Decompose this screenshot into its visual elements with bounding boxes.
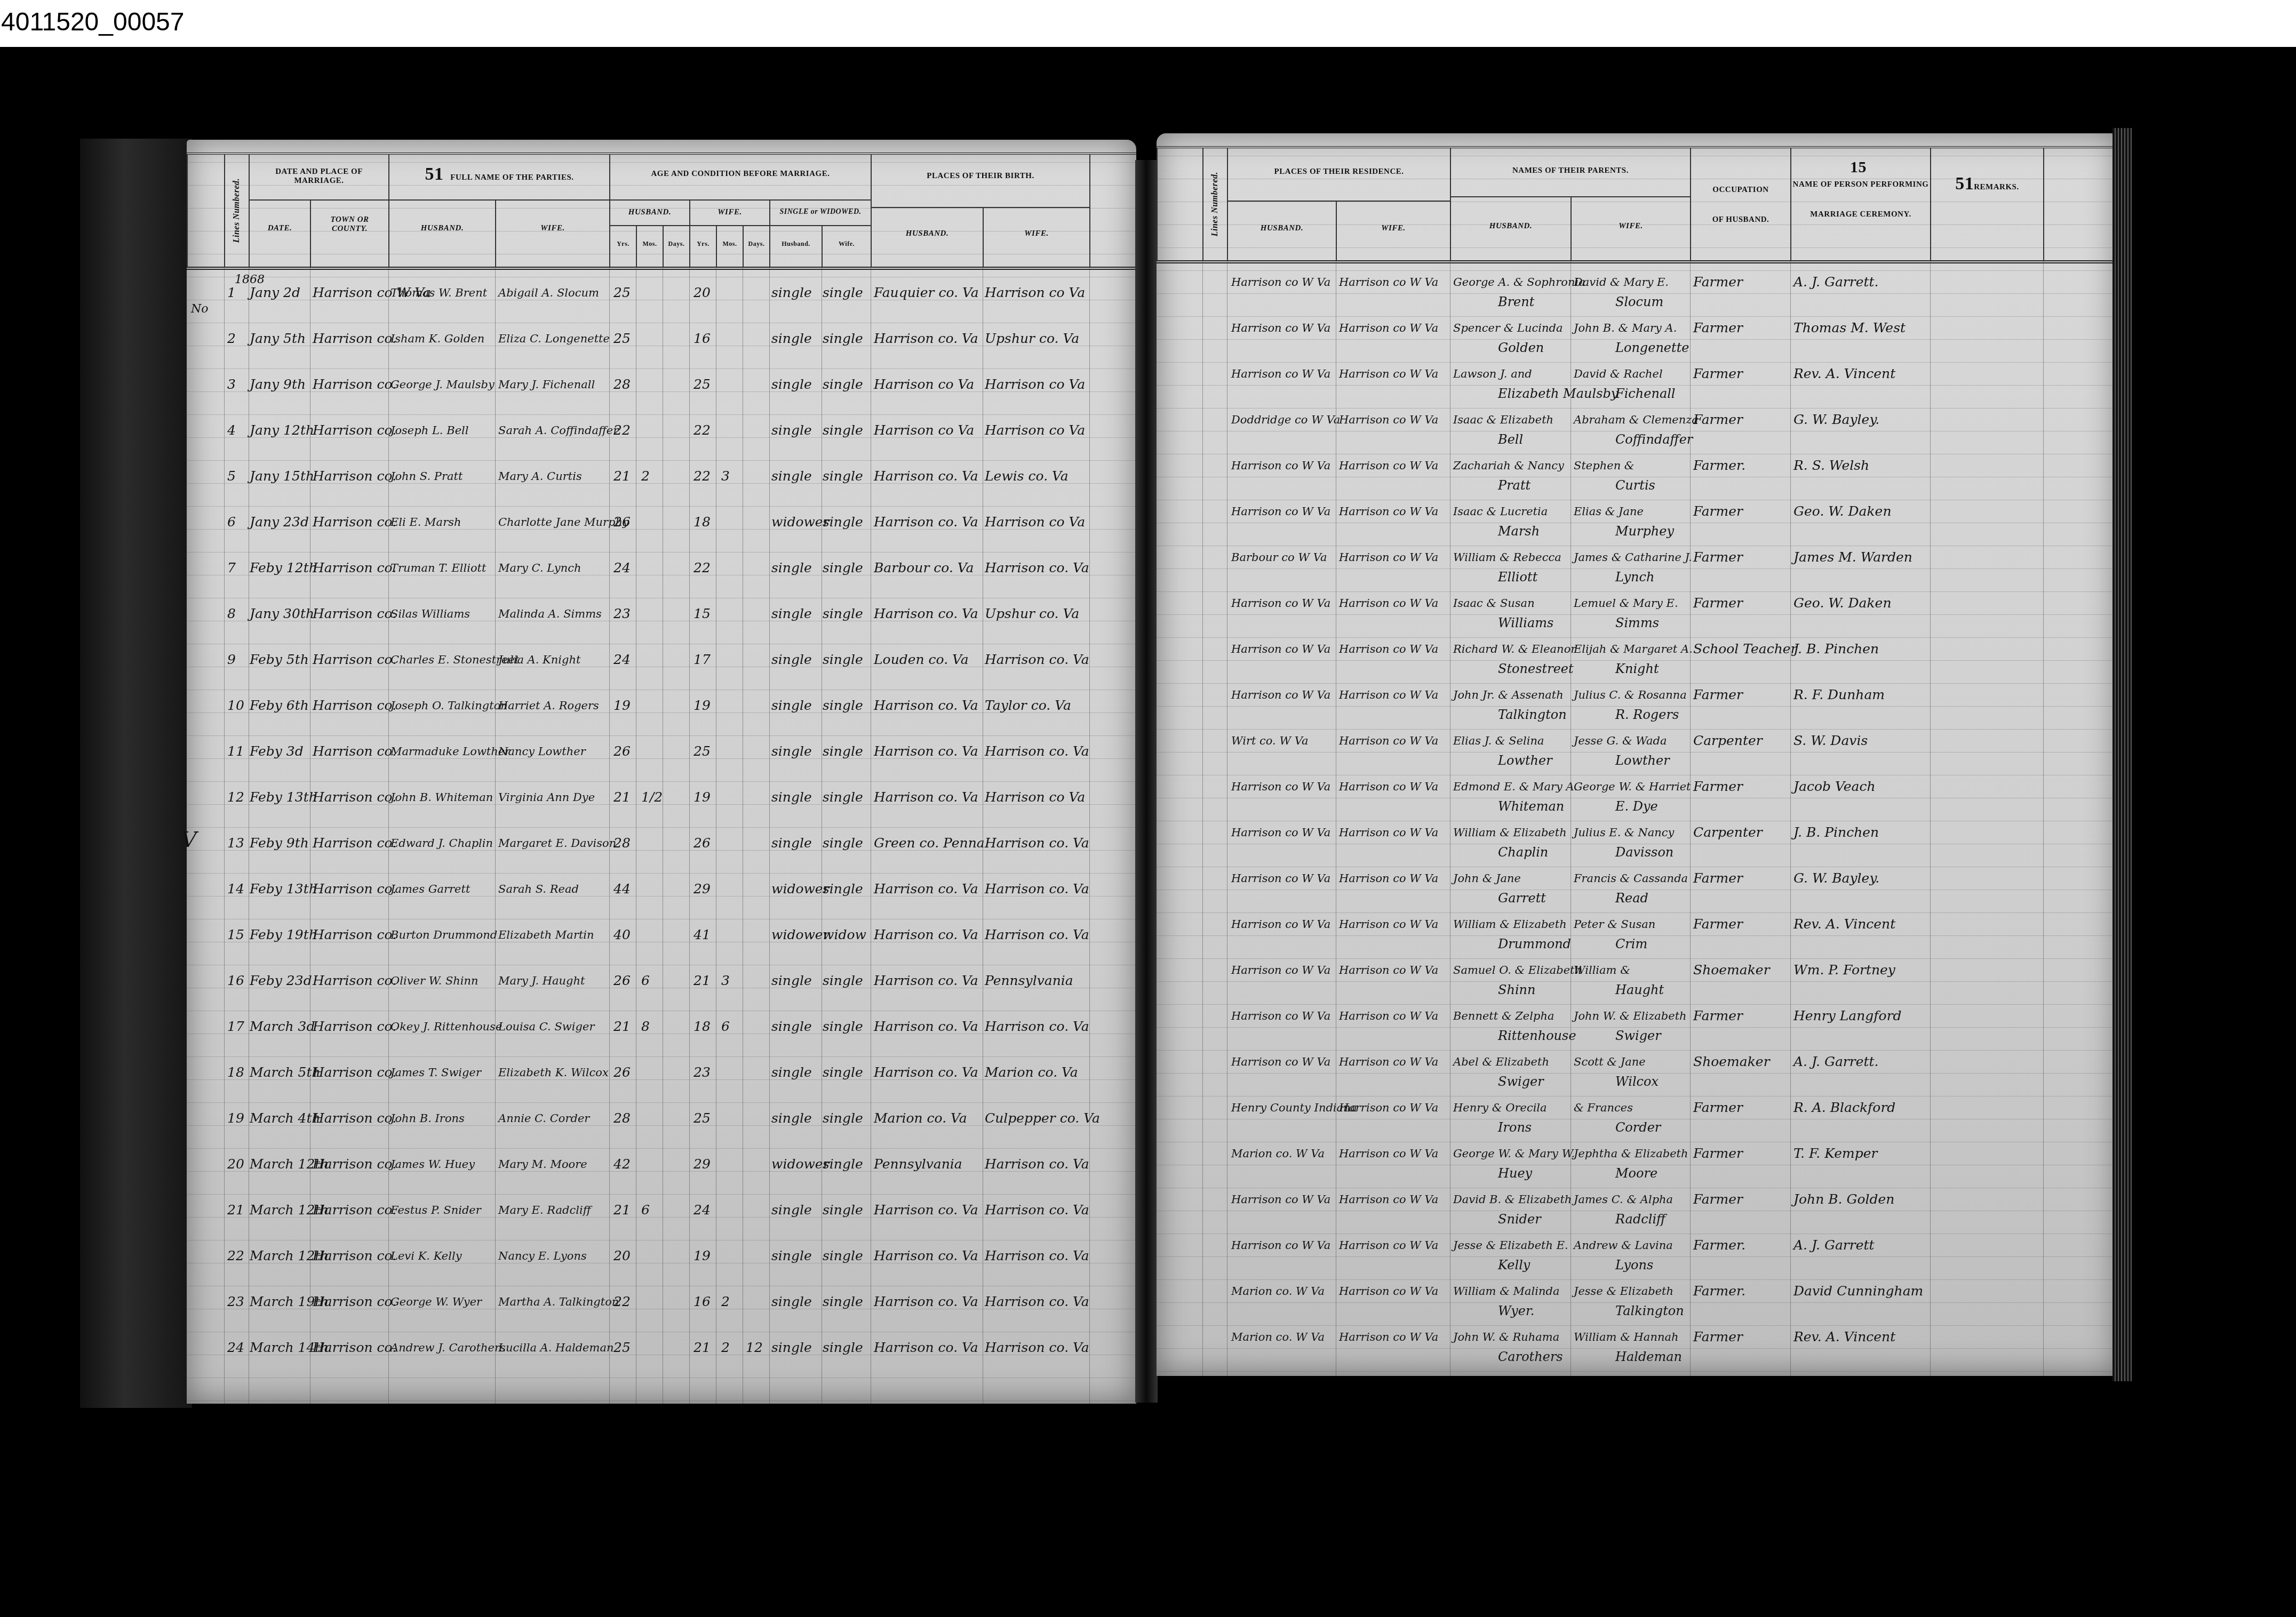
husband-years: 22 (613, 1293, 631, 1311)
res-wife-header: WIFE. (1336, 202, 1450, 260)
wife-years: 41 (693, 926, 711, 944)
husband-condition: single (771, 375, 812, 394)
wife-years: 29 (693, 880, 711, 898)
line-number: 2 (227, 330, 236, 348)
wife-name: Elizabeth Martin (498, 926, 594, 944)
wife-years: 29 (693, 1155, 711, 1173)
wife-name: Margaret E. Davison (498, 834, 616, 852)
wife-parents: John W. & Elizabeth (1574, 1007, 1687, 1025)
wife-parents-surname: Haldeman (1615, 1349, 1682, 1364)
officiant: A. J. Garrett. (1793, 273, 1879, 291)
husband-name: John B. Whiteman (390, 788, 493, 806)
date: Jany 23d (250, 513, 309, 531)
table-row: 20March 12thHarrison co.James W. HueyMar… (187, 1155, 1136, 1201)
officiant: Jacob Veach (1793, 778, 1876, 796)
wife-condition: single (823, 1063, 863, 1082)
town-county: Harrison co. (313, 605, 396, 623)
officiant-header: NAME OF PERSON PERFORMINGMARRIAGE CEREMO… (1790, 148, 1930, 260)
town-county: Harrison co. (313, 375, 396, 394)
column-rule (1227, 258, 1227, 1376)
husband-residence: Harrison co W Va (1231, 594, 1330, 612)
wife-years: 25 (693, 1109, 711, 1127)
officiant: Rev. A. Vincent (1793, 365, 1895, 383)
husband-parents: John W. & Ruhama (1453, 1328, 1559, 1346)
line-number: 11 (227, 742, 244, 761)
husband-condition: widower (771, 1155, 830, 1173)
husband-condition: single (771, 421, 812, 439)
husband-years: 44 (613, 880, 631, 898)
husband-birthplace: Harrison co Va (874, 375, 974, 394)
husband-parents-surname: Marsh (1498, 524, 1540, 539)
husband-name: Andrew J. Carothers (390, 1339, 506, 1357)
wife-name: Mary C. Lynch (498, 559, 581, 577)
wife-name: Nancy Lowther (498, 742, 586, 761)
husband-parents: Jesse & Elizabeth E. (1453, 1236, 1568, 1254)
husband-name: Silas Williams (390, 605, 470, 623)
occupation: Farmer (1693, 273, 1743, 291)
wife-residence: Harrison co W Va (1339, 1328, 1438, 1346)
occupation: Farmer (1693, 869, 1743, 887)
wife-parents-surname: Longenette (1615, 340, 1689, 355)
wife-name-header: WIFE. (495, 201, 609, 267)
wife-parents: William & Hannah (1574, 1328, 1679, 1346)
husband-parents-surname: Garrett (1498, 891, 1546, 906)
officiant: J. B. Pinchen (1793, 823, 1879, 842)
line-number: 18 (227, 1063, 244, 1082)
table-row: 18March 5thHarrison co.James T. SwigerEl… (187, 1063, 1136, 1109)
parents-header: NAMES OF THEIR PARENTS. (1450, 148, 1690, 197)
left-page: Lines Numbered. DATE AND PLACE OF MARRIA… (187, 140, 1136, 1404)
wife-birthplace: Harrison co. Va (985, 1018, 1089, 1036)
wife-parents-surname: Moore (1615, 1166, 1657, 1181)
wife-birthplace: Upshur co. Va (985, 605, 1079, 623)
occupation: Carpenter (1693, 732, 1763, 750)
column-rule (983, 265, 983, 1404)
occupation: Farmer (1693, 1190, 1743, 1208)
husband-condition: widower (771, 926, 830, 944)
wife-parents-surname: Wilcox (1615, 1074, 1659, 1089)
wife-parents: Andrew & Lavina (1574, 1236, 1673, 1254)
husband-birthplace: Harrison co. Va (874, 1339, 978, 1357)
husband-years: 21 (613, 467, 631, 485)
husband-parents: Spencer & Lucinda (1453, 319, 1563, 337)
wife-name: Eliza C. Longenette (498, 330, 610, 348)
husband-condition: single (771, 559, 812, 577)
wife-birthplace: Harrison co. Va (985, 834, 1089, 852)
wife-birthplace: Harrison co Va (985, 513, 1085, 531)
column-rule (495, 265, 496, 1404)
husband-years: 25 (613, 284, 631, 302)
wife-parents: Stephen & (1574, 457, 1635, 475)
husband-birthplace: Barbour co. Va (874, 559, 974, 577)
birth-wife-header: WIFE. (983, 208, 1089, 267)
husband-months: 6 (641, 1201, 650, 1219)
husband-birthplace: Harrison co. Va (874, 926, 978, 944)
wife-birthplace: Harrison co Va (985, 375, 1085, 394)
occupation: Farmer. (1693, 1282, 1745, 1300)
book-gutter (1135, 160, 1158, 1403)
husband-months: 8 (641, 1018, 650, 1036)
wife-condition: single (823, 834, 863, 852)
table-row: 21March 12thHarrison co.Festus P. Snider… (187, 1201, 1136, 1247)
town-county: Harrison co. (313, 1293, 396, 1311)
image-title-bar: 4011520_00057 (0, 0, 2296, 47)
column-rule (1570, 258, 1571, 1376)
husband-years: 19 (613, 697, 631, 715)
husband-parents: William & Elizabeth (1453, 823, 1567, 842)
husband-birthplace: Harrison co. Va (874, 1247, 978, 1265)
husband-residence: Barbour co W Va (1231, 548, 1327, 566)
wife-condition: single (823, 697, 863, 715)
birth-husband-header: HUSBAND. (871, 208, 983, 267)
table-row: Harrison co W VaHarrison co W VaGeorge A… (1157, 273, 2118, 319)
date: Jany 12th (250, 421, 314, 439)
wife-residence: Harrison co W Va (1339, 686, 1438, 704)
husband-residence: Harrison co W Va (1231, 502, 1330, 521)
husband-parents-surname: Irons (1498, 1120, 1532, 1135)
husband-birthplace: Harrison co. Va (874, 1201, 978, 1219)
wife-parents: Francis & Cassanda (1574, 869, 1688, 887)
wife-parents: Julius C. & Rosanna (1574, 686, 1687, 704)
cond-wife-header: Wife. (822, 226, 871, 267)
w-days-header: Days. (743, 226, 769, 267)
husband-years: 25 (613, 1339, 631, 1357)
wife-condition: single (823, 1109, 863, 1127)
officiant: David Cunningham (1793, 1282, 1923, 1300)
line-number: 12 (227, 788, 244, 806)
husband-condition: single (771, 1063, 812, 1082)
wife-years: 23 (693, 1063, 711, 1082)
table-row: 17March 3dHarrison co.Okey J. Rittenhous… (187, 1018, 1136, 1063)
wife-months: 2 (721, 1293, 730, 1311)
table-row: Marion co. W VaHarrison co W VaGeorge W.… (1157, 1144, 2118, 1190)
wife-residence: Harrison co W Va (1339, 1053, 1438, 1071)
wife-residence: Harrison co W Va (1339, 365, 1438, 383)
wife-years: 25 (693, 742, 711, 761)
town-county: Harrison co. (313, 1247, 396, 1265)
date: Feby 6th (250, 697, 309, 715)
column-rule (310, 265, 310, 1404)
husband-birthplace: Harrison co. Va (874, 1293, 978, 1311)
wife-years: 15 (693, 605, 711, 623)
husband-parents-surname: Kelly (1498, 1258, 1530, 1272)
town-county: Harrison co. (313, 1109, 396, 1127)
line-number: 6 (227, 513, 236, 531)
husband-residence: Harrison co W Va (1231, 1236, 1330, 1254)
wife-birthplace: Harrison co. Va (985, 1293, 1089, 1311)
wife-parents: Elijah & Margaret A. (1574, 640, 1693, 658)
husband-residence: Harrison co W Va (1231, 823, 1330, 842)
husband-years: 28 (613, 375, 631, 394)
wife-parents: James C. & Alpha (1574, 1190, 1673, 1208)
husband-years: 26 (613, 1063, 631, 1082)
wife-name: Louisa C. Swiger (498, 1018, 594, 1036)
husband-parents: Isaac & Susan (1453, 594, 1535, 612)
officiant: John B. Golden (1793, 1190, 1894, 1208)
wife-birthplace: Marion co. Va (985, 1063, 1078, 1082)
table-row: 15Feby 19thHarrison co.Burton DrummondEl… (187, 926, 1136, 972)
husband-parents: William & Malinda (1453, 1282, 1560, 1300)
table-row: 13Feby 9thHarrison co.Edward J. ChaplinM… (187, 834, 1136, 880)
husband-name: James Garrett (390, 880, 470, 898)
husband-years: 23 (613, 605, 631, 623)
wife-parents-surname: Fichenall (1615, 386, 1676, 401)
wife-condition: single (823, 605, 863, 623)
date: Jany 5th (250, 330, 306, 348)
officiant: A. J. Garrett. (1793, 1053, 1879, 1071)
column-rule (2043, 258, 2044, 1376)
husband-condition: single (771, 1247, 812, 1265)
line-number: 21 (227, 1201, 244, 1219)
wife-name: Sarah A. Coffindaffer (498, 421, 618, 439)
town-county: Harrison co. (313, 1339, 396, 1357)
column-rule (1089, 265, 1090, 1404)
h-mos-header: Mos. (636, 226, 663, 267)
date: Jany 15th (250, 467, 314, 485)
column-rule (636, 265, 636, 1404)
husband-years: 24 (613, 559, 631, 577)
wife-condition: single (823, 1247, 863, 1265)
wife-parents: Scott & Jane (1574, 1053, 1646, 1071)
husband-parents: Henry & Orecila (1453, 1099, 1547, 1117)
husband-birthplace: Harrison co. Va (874, 1018, 978, 1036)
occupation: Farmer (1693, 1144, 1743, 1163)
wife-name: Annie C. Corder (498, 1109, 589, 1127)
husband-name: George J. Maulsby (390, 375, 495, 394)
wife-parents: David & Mary E. (1574, 273, 1669, 291)
wife-condition: single (823, 559, 863, 577)
husband-condition: single (771, 1293, 812, 1311)
husband-birthplace: Harrison co. Va (874, 605, 978, 623)
age-wife-header: WIFE. (689, 201, 769, 226)
wife-parents-surname: Read (1615, 891, 1648, 906)
date: Jany 2d (250, 284, 300, 302)
left-page-header: Lines Numbered. DATE AND PLACE OF MARRIA… (187, 153, 1136, 270)
occupation: Carpenter (1693, 823, 1763, 842)
wife-birthplace: Harrison co. Va (985, 1201, 1089, 1219)
husband-birthplace: Harrison co. Va (874, 972, 978, 990)
wife-residence: Harrison co W Va (1339, 273, 1438, 291)
husband-parents-surname: Stonestreet (1498, 661, 1574, 676)
column-rule (716, 265, 716, 1404)
husband-residence: Harrison co W Va (1231, 1190, 1330, 1208)
wife-parents-surname: Radcliff (1615, 1212, 1665, 1227)
w-yrs-header: Yrs. (689, 226, 716, 267)
husband-condition: single (771, 1018, 812, 1036)
husband-residence: Harrison co W Va (1231, 961, 1330, 979)
husband-condition: widower (771, 880, 830, 898)
husband-parents: Richard W. & Eleanor (1453, 640, 1576, 658)
wife-name: Julia A. Knight (498, 651, 580, 669)
husband-name: Thomas W. Brent (390, 284, 487, 302)
husband-months: 6 (641, 972, 650, 990)
table-row: 4Jany 12thHarrison co.Joseph L. BellSara… (187, 421, 1136, 467)
line-number: 19 (227, 1109, 244, 1127)
wife-years: 18 (693, 1018, 711, 1036)
margin-cell (1157, 148, 1202, 260)
town-county: Harrison co. (313, 1063, 396, 1082)
husband-name: Burton Drummond (390, 926, 497, 944)
husband-years: 26 (613, 513, 631, 531)
wife-birthplace: Harrison co. Va (985, 880, 1089, 898)
town-county: Harrison co. (313, 834, 396, 852)
wife-parents: Julius E. & Nancy (1574, 823, 1674, 842)
column-rule (689, 265, 690, 1404)
wife-parents: John B. & Mary A. (1574, 319, 1677, 337)
husband-condition: single (771, 467, 812, 485)
officiant: R. A. Blackford (1793, 1099, 1895, 1117)
wife-parents: Abraham & Clemenza (1574, 411, 1699, 429)
wife-residence: Harrison co W Va (1339, 961, 1438, 979)
wife-months: 2 (721, 1339, 730, 1357)
wife-name: Martha A. Talkington (498, 1293, 619, 1311)
occupation: Shoemaker (1693, 961, 1770, 979)
wife-years: 26 (693, 834, 711, 852)
wife-birthplace: Harrison co. Va (985, 1339, 1089, 1357)
husband-name: Joseph O. Talkington (390, 697, 508, 715)
wife-condition: single (823, 1201, 863, 1219)
date: Feby 19th (250, 926, 317, 944)
wife-name: Mary E. Radcliff (498, 1201, 591, 1219)
husband-residence: Harrison co W Va (1231, 915, 1330, 933)
wife-parents: George W. & Harriet (1574, 778, 1691, 796)
wife-condition: single (823, 375, 863, 394)
husband-residence: Harrison co W Va (1231, 640, 1330, 658)
table-row: Harrison co W VaHarrison co W VaRichard … (1157, 640, 2118, 686)
husband-name: James T. Swiger (390, 1063, 481, 1082)
line-number: 10 (227, 697, 244, 715)
husband-parents-surname: Swiger (1498, 1074, 1544, 1089)
wife-years: 25 (693, 375, 711, 394)
wife-condition: single (823, 651, 863, 669)
wife-birthplace: Harrison co. Va (985, 1247, 1089, 1265)
husband-years: 25 (613, 330, 631, 348)
husband-parents-surname: Huey (1498, 1166, 1532, 1181)
document-id: 4011520_00057 (1, 5, 184, 39)
town-county: Harrison co. (313, 742, 396, 761)
line-number: 24 (227, 1339, 244, 1357)
line-number: 20 (227, 1155, 244, 1173)
column-rule (1450, 258, 1450, 1376)
table-row: Harrison co W VaHarrison co W VaIsaac & … (1157, 502, 2118, 548)
wife-birthplace: Harrison co. Va (985, 651, 1089, 669)
husband-parents: Edmond E. & Mary A. (1453, 778, 1577, 796)
husband-condition: single (771, 1339, 812, 1357)
husband-birthplace: Harrison co. Va (874, 1063, 978, 1082)
line-number: 3 (227, 375, 236, 394)
wife-condition: single (823, 513, 863, 531)
wife-name: Nancy E. Lyons (498, 1247, 587, 1265)
husband-parents: John Jr. & Assenath (1453, 686, 1564, 704)
table-row: 9Feby 5thHarrison co.Charles E. Stonestr… (187, 651, 1136, 697)
wife-years: 19 (693, 788, 711, 806)
occupation: Shoemaker (1693, 1053, 1770, 1071)
occupation: Farmer (1693, 502, 1743, 521)
husband-residence: Harrison co W Va (1231, 869, 1330, 887)
officiant: G. W. Bayley. (1793, 411, 1879, 429)
husband-name: Marmaduke Lowther (390, 742, 510, 761)
right-page: Lines Numbered. PLACES OF THEIR RESIDENC… (1157, 133, 2118, 1376)
column-rule (1930, 258, 1931, 1376)
wife-name: Mary J. Haught (498, 972, 585, 990)
column-rule (743, 265, 743, 1404)
husband-name: Eli E. Marsh (390, 513, 461, 531)
par-husband-header: HUSBAND. (1450, 197, 1570, 260)
wife-years: 19 (693, 1247, 711, 1265)
wife-years: 22 (693, 467, 711, 485)
husband-name: John B. Irons (390, 1109, 465, 1127)
husband-birthplace: Green co. Penna (874, 834, 985, 852)
wife-birthplace: Harrison co Va (985, 284, 1085, 302)
wife-years: 18 (693, 513, 711, 531)
husband-residence: Harrison co W Va (1231, 1007, 1330, 1025)
husband-parents: Abel & Elizabeth (1453, 1053, 1549, 1071)
husband-birthplace: Harrison co. Va (874, 788, 978, 806)
husband-parents-surname: Chaplin (1498, 845, 1548, 860)
husband-residence: Marion co. W Va (1231, 1144, 1325, 1163)
officiant: J. B. Pinchen (1793, 640, 1879, 658)
table-row: 5Jany 15thHarrison co.John S. PrattMary … (187, 467, 1136, 513)
husband-residence: Harrison co W Va (1231, 319, 1330, 337)
wife-residence: Harrison co W Va (1339, 1190, 1438, 1208)
wife-birthplace: Harrison co Va (985, 421, 1085, 439)
occupation-header: OCCUPATIONOF HUSBAND. (1690, 148, 1790, 260)
res-husband-header: HUSBAND. (1227, 202, 1336, 260)
wife-years: 16 (693, 330, 711, 348)
wife-months: 3 (721, 972, 730, 990)
wife-condition: single (823, 788, 863, 806)
husband-years: 40 (613, 926, 631, 944)
husband-years: 26 (613, 972, 631, 990)
wife-condition: single (823, 972, 863, 990)
table-row: Harrison co W VaHarrison co W VaJesse & … (1157, 1236, 2118, 1282)
wife-years: 22 (693, 559, 711, 577)
line-number: 1 (227, 284, 236, 302)
column-rule (609, 265, 610, 1404)
husband-condition: single (771, 788, 812, 806)
column-rule (871, 265, 871, 1404)
occupation: Farmer. (1693, 457, 1745, 475)
wife-months: 3 (721, 467, 730, 485)
age-husband-header: HUSBAND. (609, 201, 689, 226)
wife-birthplace: Harrison co. Va (985, 742, 1089, 761)
officiant: Thomas M. West (1793, 319, 1906, 337)
husband-condition: single (771, 972, 812, 990)
wife-name: Sarah S. Read (498, 880, 579, 898)
husband-parents: David B. & Elizabeth (1453, 1190, 1572, 1208)
husband-parents-surname: Whiteman (1498, 799, 1564, 814)
wife-parents: Jesse & Elizabeth (1574, 1282, 1673, 1300)
wife-parents-surname: R. Rogers (1615, 707, 1679, 722)
officiant: R. S. Welsh (1793, 457, 1869, 475)
stamp-mark: 15 (1850, 153, 1867, 182)
wife-birthplace: Harrison co. Va (985, 926, 1089, 944)
lines-numbered-header: Lines Numbered. (224, 155, 249, 267)
line-number: 8 (227, 605, 236, 623)
occupation: Farmer (1693, 686, 1743, 704)
town-county: Harrison co. (313, 467, 396, 485)
husband-name: Edward J. Chaplin (390, 834, 493, 852)
wife-parents-surname: Davisson (1615, 845, 1673, 860)
table-row: 19March 4thHarrison co.John B. IronsAnni… (187, 1109, 1136, 1155)
table-row: 6Jany 23dHarrison co.Eli E. MarshCharlot… (187, 513, 1136, 559)
husband-parents: Isaac & Lucretia (1453, 502, 1548, 521)
wife-name: Mary A. Curtis (498, 467, 582, 485)
table-row: Marion co. W VaHarrison co W VaWilliam &… (1157, 1282, 2118, 1328)
husband-birthplace: Louden co. Va (874, 651, 969, 669)
wife-name: Abigail A. Slocum (498, 284, 599, 302)
date: Feby 23d (250, 972, 312, 990)
